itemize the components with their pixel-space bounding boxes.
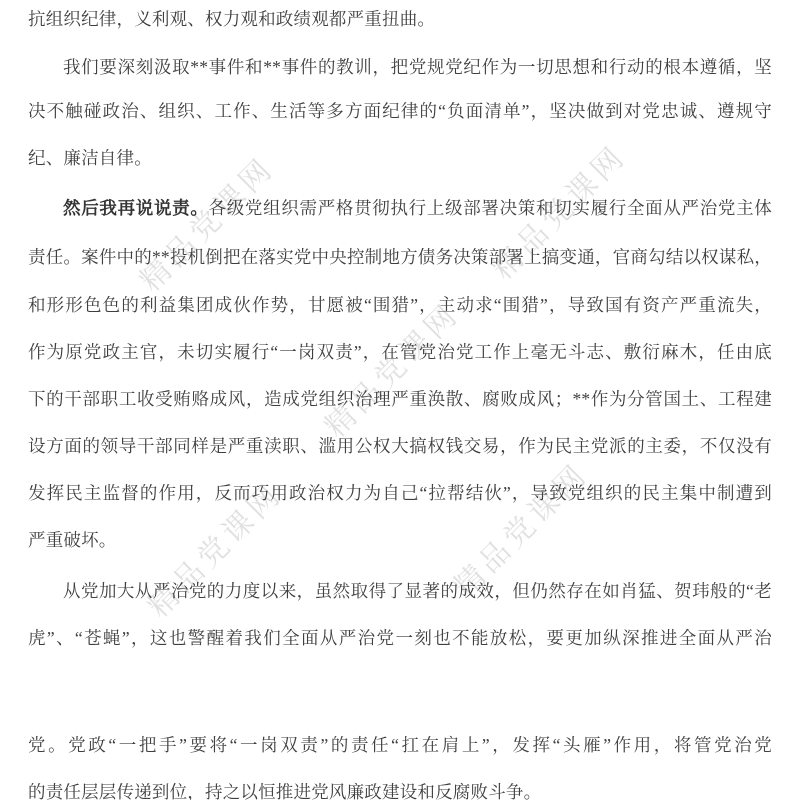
document-line: 抗组织纪律，义利观、权力观和政绩观都严重扭曲。 — [28, 8, 772, 30]
document-line: 设方面的领导干部同样是严重渎职、滥用公权大搞权钱交易，作为民主党派的主委，不仅没… — [28, 435, 772, 457]
document-line: 和形形色色的利益集团成伙作势，甘愿被“围猎”，主动求“围猎”，导致国有资产严重流… — [28, 294, 772, 316]
document-line-text: 各级党组织需严格贯彻执行上级部署决策和切实履行全面从严治党主体 — [209, 198, 772, 218]
document-line: 然后我再说说责。各级党组织需严格贯彻执行上级部署决策和切实履行全面从严治党主体 — [28, 197, 772, 219]
document-line: 我们要深刻汲取**事件和**事件的教训，把党规党纪作为一切思想和行动的根本遵循，… — [28, 56, 772, 78]
document-page: 精品党课网 精品党课网 精品党课网 精品党课网 精品党课网 抗组织纪律，义利观、… — [0, 0, 800, 800]
document-line: 决不触碰政治、组织、工作、生活等多方面纪律的“负面清单”，坚决做到对党忠诚、遵规… — [28, 100, 772, 122]
document-line: 从党加大从严治党的力度以来，虽然取得了显著的成效，但仍然存在如肖猛、贺玮般的“老 — [28, 580, 772, 602]
document-line: 责任。案件中的**投机倒把在落实党中央控制地方债务决策部署上搞变通，官商勾结以权… — [28, 246, 772, 268]
document-line: 下的干部职工收受贿赂成风，造成党组织治理严重涣散、腐败成风；**作为分管国土、工… — [28, 388, 772, 410]
document-line: 虎”、“苍蝇”，这也警醒着我们全面从严治党一刻也不能放松，要更加纵深推进全面从严… — [28, 627, 772, 649]
document-line: 纪、廉洁自律。 — [28, 147, 772, 169]
document-line: 的责任层层传递到位，持之以恒推进党风廉政建设和反腐败斗争。 — [28, 781, 772, 800]
document-line-bold-lead: 然后我再说说责。 — [63, 198, 209, 218]
document-line: 发挥民主监督的作用，反而巧用政治权力为自己“拉帮结伙”，导致党组织的民主集中制遭… — [28, 482, 772, 504]
document-line: 党。党政“一把手”要将“一岗双责”的责任“扛在肩上”，发挥“头雁”作用，将管党治… — [28, 734, 772, 756]
document-line: 作为原党政主官，未切实履行“一岗双责”，在管党治党工作上毫无斗志、敷衍麻木，任由… — [28, 341, 772, 363]
document-line: 严重破坏。 — [28, 529, 772, 551]
